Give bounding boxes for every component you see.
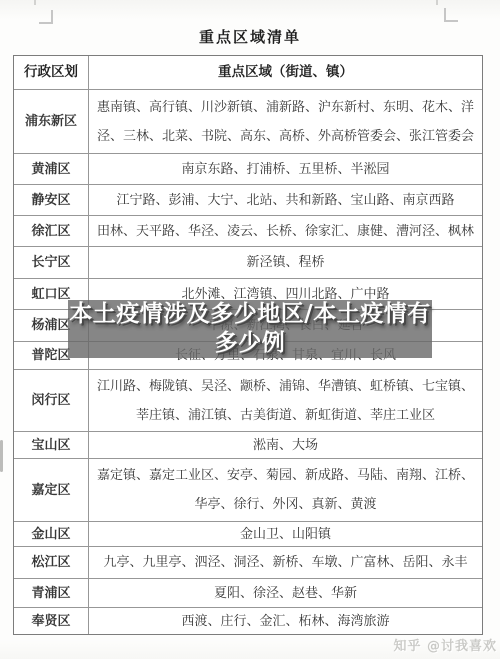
areas-cell: 淞南、大场 bbox=[89, 432, 482, 458]
district-cell: 奉贤区 bbox=[14, 608, 89, 634]
header-areas: 重点区域（街道、镇） bbox=[89, 56, 482, 89]
district-cell: 长宁区 bbox=[14, 247, 89, 278]
district-cell: 黄浦区 bbox=[14, 154, 89, 184]
district-cell: 闵行区 bbox=[14, 370, 89, 431]
areas-cell: 南京东路、打浦桥、五里桥、半淞园 bbox=[89, 154, 482, 184]
table-row-minhang: 闵行区 江川路、梅陇镇、吴泾、颛桥、浦锦、华漕镇、虹桥镇、七宝镇、莘庄镇、浦江镇… bbox=[14, 369, 482, 431]
areas-cell: 田林、天平路、华泾、凌云、长桥、徐家汇、康健、漕河泾、枫林 bbox=[89, 216, 482, 246]
table-row-xuhui: 徐汇区 田林、天平路、华泾、凌云、长桥、徐家汇、康健、漕河泾、枫林 bbox=[14, 215, 482, 246]
table-row-fengxian: 奉贤区 西渡、庄行、金汇、柘林、海湾旅游 bbox=[14, 607, 482, 634]
district-cell: 青浦区 bbox=[14, 579, 89, 607]
district-cell: 金山区 bbox=[14, 522, 89, 546]
areas-cell: 夏阳、徐泾、赵巷、华新 bbox=[89, 579, 482, 607]
page-title: 重点区域清单 bbox=[0, 26, 500, 47]
margin-corner-mark-top-left bbox=[39, 10, 53, 24]
caption-line-1: 本土疫情涉及多少地区/本土疫情有 bbox=[0, 300, 500, 329]
areas-cell: 惠南镇、高行镇、川沙新镇、浦新路、沪东新村、东明、花木、洋泾、三林、北菜、书院、… bbox=[89, 90, 482, 153]
areas-cell: 金山卫、山阳镇 bbox=[89, 522, 482, 546]
district-cell: 松江区 bbox=[14, 547, 89, 578]
table-row-huangpu: 黄浦区 南京东路、打浦桥、五里桥、半淞园 bbox=[14, 153, 482, 184]
margin-corner-mark-top-right bbox=[444, 8, 458, 22]
areas-cell: 西渡、庄行、金汇、柘林、海湾旅游 bbox=[89, 608, 482, 634]
district-cell: 静安区 bbox=[14, 185, 89, 215]
table-row-jiading: 嘉定区 嘉定镇、嘉定工业区、安亭、菊园、新成路、马陆、南翔、江桥、华亭、徐行、外… bbox=[14, 458, 482, 521]
table-row-changning: 长宁区 新泾镇、程桥 bbox=[14, 246, 482, 278]
page-edge-mark bbox=[0, 440, 3, 472]
caption-line-2: 多少例 bbox=[0, 329, 500, 358]
district-cell: 徐汇区 bbox=[14, 216, 89, 246]
areas-cell: 江宁路、彭浦、大宁、北站、共和新路、宝山路、南京西路 bbox=[89, 185, 482, 215]
table-row-jingan: 静安区 江宁路、彭浦、大宁、北站、共和新路、宝山路、南京西路 bbox=[14, 184, 482, 215]
table-row-pudong: 浦东新区 惠南镇、高行镇、川沙新镇、浦新路、沪东新村、东明、花木、洋泾、三林、北… bbox=[14, 89, 482, 153]
district-cell: 嘉定区 bbox=[14, 459, 89, 521]
margin-tick-right bbox=[436, 0, 438, 5]
district-cell: 浦东新区 bbox=[14, 90, 89, 153]
areas-cell: 江川路、梅陇镇、吴泾、颛桥、浦锦、华漕镇、虹桥镇、七宝镇、莘庄镇、浦江镇、古美街… bbox=[89, 370, 482, 431]
watermark: 知乎 @讨我喜欢 bbox=[393, 635, 497, 654]
areas-cell: 嘉定镇、嘉定工业区、安亭、菊园、新成路、马陆、南翔、江桥、华亭、徐行、外冈、真新… bbox=[89, 459, 482, 521]
caption-overlay-band: 本土疫情涉及多少地区/本土疫情有 多少例 bbox=[68, 300, 432, 358]
table-row-songjiang: 松江区 九亭、九里亭、泗泾、洞泾、新桥、车墩、广富林、岳阳、永丰 bbox=[14, 546, 482, 578]
header-district: 行政区划 bbox=[14, 56, 89, 89]
areas-cell: 新泾镇、程桥 bbox=[89, 247, 482, 278]
margin-tick-left bbox=[34, 0, 36, 5]
document-page: 重点区域清单 行政区划 重点区域（街道、镇） 浦东新区 惠南镇、高行镇、川沙新镇… bbox=[0, 0, 500, 659]
district-cell: 宝山区 bbox=[14, 432, 89, 458]
table-header-row: 行政区划 重点区域（街道、镇） bbox=[14, 56, 482, 89]
table-row-baoshan: 宝山区 淞南、大场 bbox=[14, 431, 482, 458]
areas-cell: 九亭、九里亭、泗泾、洞泾、新桥、车墩、广富林、岳阳、永丰 bbox=[89, 547, 482, 578]
table-row-jinshan: 金山区 金山卫、山阳镇 bbox=[14, 521, 482, 546]
table-row-qingpu: 青浦区 夏阳、徐泾、赵巷、华新 bbox=[14, 578, 482, 607]
